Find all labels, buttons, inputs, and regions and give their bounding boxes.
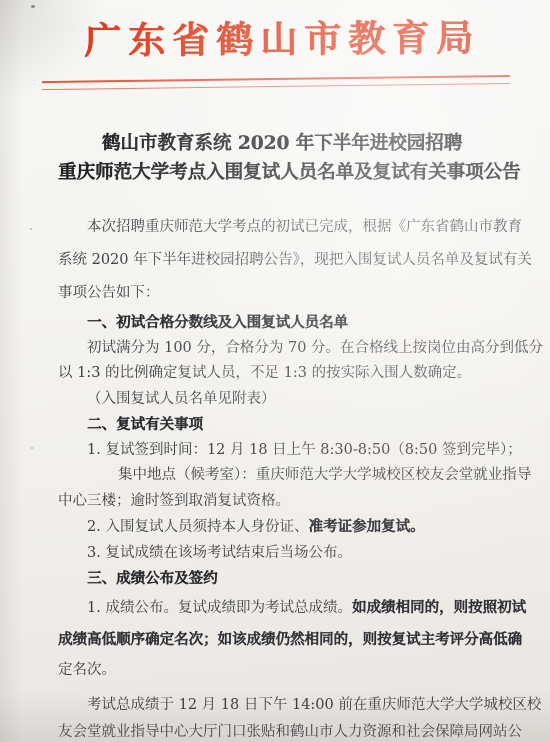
section2-item2-emphasis: 准考证参加复试。 bbox=[308, 518, 424, 535]
document-photo: 广东省鹤山市教育局 鹤山市教育系统 2020 年下半年进校园招聘 重庆师范大学考… bbox=[0, 0, 550, 742]
section2-item3: 3. 复试成绩在该场考试结束后当场公布。 bbox=[58, 541, 506, 567]
section3-heading: 三、成绩公布及签约 bbox=[58, 566, 506, 592]
notice-title-line1: 鹤山市教育系统 2020 年下半年进校园招聘 bbox=[58, 129, 506, 158]
final-para-line-2: 友会堂就业指导中心大厅门口张贴和鹤山市人力资源和社会保障局网站公 bbox=[58, 719, 506, 742]
section2-item2: 2. 入围复试人员须持本人身份证、准考证参加复试。 bbox=[58, 514, 506, 541]
notice-title: 鹤山市教育系统 2020 年下半年进校园招聘 重庆师范大学考点入围复试人员名单及… bbox=[58, 129, 506, 187]
agency-masthead: 广东省鹤山市教育局 bbox=[58, 14, 506, 64]
section3-item1: 1. 成绩公布。复试成绩即为考试总成绩。如成绩相同的，则按照初试 bbox=[58, 592, 506, 624]
section2-item1: 1. 复试签到时间：12 月 18 日上午 8:30-8:50（8:50 签到完… bbox=[58, 438, 506, 464]
section1-note: （入围复试人员名单见附表） bbox=[58, 387, 506, 413]
section2-item2-text: 2. 入围复试人员须持本人身份证、 bbox=[87, 519, 308, 535]
notice-title-line2: 重庆师范大学考点入围复试人员名单及复试有关事项公告 bbox=[58, 158, 506, 187]
intro-line-3: 事项公告如下： bbox=[58, 277, 506, 310]
final-para-line-1: 考试总成绩于 12 月 18 日下午 14:00 前在重庆师范大学大学城校区校 bbox=[58, 692, 506, 719]
section2-item1-end: 中心三楼；逾时签到取消复试资格。 bbox=[58, 489, 506, 515]
official-notice: 广东省鹤山市教育局 鹤山市教育系统 2020 年下半年进校园招聘 重庆师范大学考… bbox=[0, 0, 550, 742]
section3-item1-text: 1. 成绩公布。复试成绩即为考试总成绩。 bbox=[87, 600, 352, 616]
section1-line-2: 以 1:3 的比例确定复试人员，不足 1:3 的按实际入围人数确定。 bbox=[58, 361, 506, 387]
section2-item1-cont: 集中地点（候考室）：重庆师范大学大学城校区校友会堂就业指导 bbox=[58, 463, 506, 489]
section1-line-1: 初试满分为 100 分，合格分为 70 分。在合格线上按岗位由高分到低分 bbox=[58, 336, 506, 362]
intro-line-1: 本次招聘重庆师范大学考点的初试已完成，根据《广东省鹤山市教育 bbox=[58, 211, 506, 244]
section2-heading: 二、复试有关事项 bbox=[58, 412, 506, 438]
notice-body: 本次招聘重庆师范大学考点的初试已完成，根据《广东省鹤山市教育 系统 2020 年… bbox=[58, 211, 506, 742]
section3-line-3: 定名次。 bbox=[58, 655, 506, 686]
masthead-double-rule bbox=[42, 75, 510, 90]
section3-item1-emphasis: 如成绩相同的，则按照初试 bbox=[352, 599, 526, 616]
section1-heading: 一、初试合格分数线及入围复试人员名单 bbox=[58, 310, 506, 336]
intro-line-2: 系统 2020 年下半年进校园招聘公告》，现把入围复试人员名单及复试有关 bbox=[58, 244, 506, 277]
section3-line-2: 成绩高低顺序确定名次；如该成绩仍然相同的，则按复试主考评分高低确 bbox=[58, 624, 506, 655]
